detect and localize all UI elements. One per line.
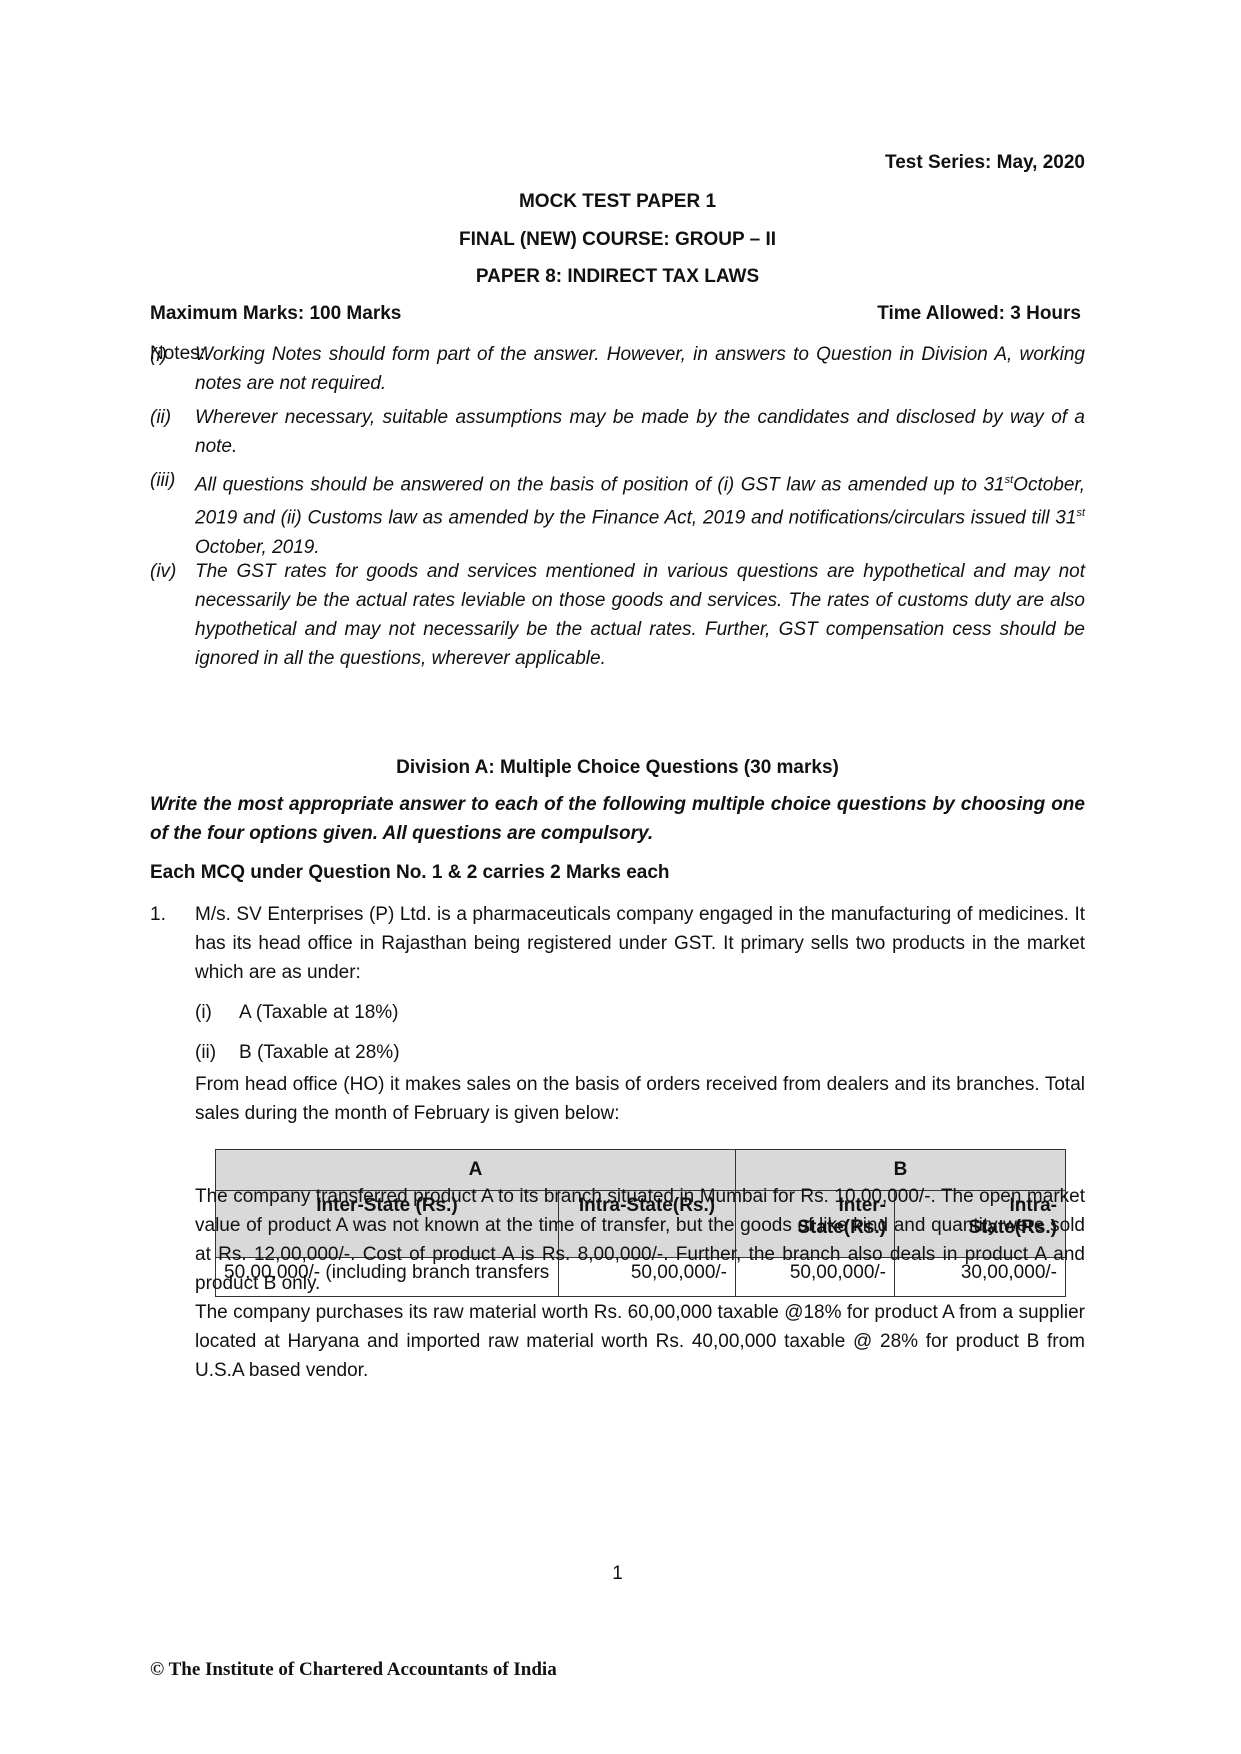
division-a-instruction: Write the most appropriate answer to eac… — [150, 790, 1085, 848]
question-number: 1. — [150, 900, 166, 929]
product-item: (ii)B (Taxable at 28%) — [195, 1042, 400, 1064]
question-intro: M/s. SV Enterprises (P) Ltd. is a pharma… — [195, 900, 1085, 987]
sales-intro: From head office (HO) it makes sales on … — [195, 1070, 1085, 1128]
page-number: 1 — [150, 1563, 1085, 1585]
note-item: (iii) All questions should be answered o… — [150, 466, 1085, 562]
purchase-paragraph: The company purchases its raw material w… — [195, 1298, 1085, 1385]
product-text: A (Taxable at 18%) — [239, 1002, 398, 1023]
max-marks: Maximum Marks: 100 Marks — [150, 303, 401, 324]
note-number: (iii) — [150, 466, 175, 495]
question-1: 1. M/s. SV Enterprises (P) Ltd. is a pha… — [150, 900, 1085, 987]
transfer-paragraph: The company transferred product A to its… — [195, 1182, 1085, 1298]
copyright-footer: © The Institute of Chartered Accountants… — [150, 1659, 557, 1681]
note-text: The GST rates for goods and services men… — [195, 557, 1085, 673]
note-number: (iv) — [150, 557, 176, 586]
paper-title: MOCK TEST PAPER 1 — [150, 191, 1085, 213]
product-text: B (Taxable at 28%) — [239, 1042, 400, 1063]
note-item: (ii) Wherever necessary, suitable assump… — [150, 403, 1085, 461]
division-a-heading: Division A: Multiple Choice Questions (3… — [150, 757, 1085, 779]
note-item: (i) Working Notes should form part of th… — [150, 340, 1085, 398]
course-title: FINAL (NEW) COURSE: GROUP – II — [150, 229, 1085, 251]
mcq-marks-note: Each MCQ under Question No. 1 & 2 carrie… — [150, 862, 670, 884]
note-number: (i) — [150, 341, 167, 370]
product-item: (i)A (Taxable at 18%) — [195, 1002, 398, 1024]
note-text: All questions should be answered on the … — [195, 466, 1085, 562]
marks-time-row: Maximum Marks: 100 Marks Time Allowed: 3… — [150, 303, 1085, 325]
product-number: (ii) — [195, 1042, 239, 1064]
time-allowed: Time Allowed: 3 Hours — [877, 303, 1081, 325]
paper-subject: PAPER 8: INDIRECT TAX LAWS — [150, 266, 1085, 288]
note-text: Working Notes should form part of the an… — [195, 340, 1085, 398]
note-text: Wherever necessary, suitable assumptions… — [195, 403, 1085, 461]
product-number: (i) — [195, 1002, 239, 1024]
test-series: Test Series: May, 2020 — [885, 152, 1085, 174]
note-item: (iv) The GST rates for goods and service… — [150, 557, 1085, 673]
note-number: (ii) — [150, 403, 171, 432]
